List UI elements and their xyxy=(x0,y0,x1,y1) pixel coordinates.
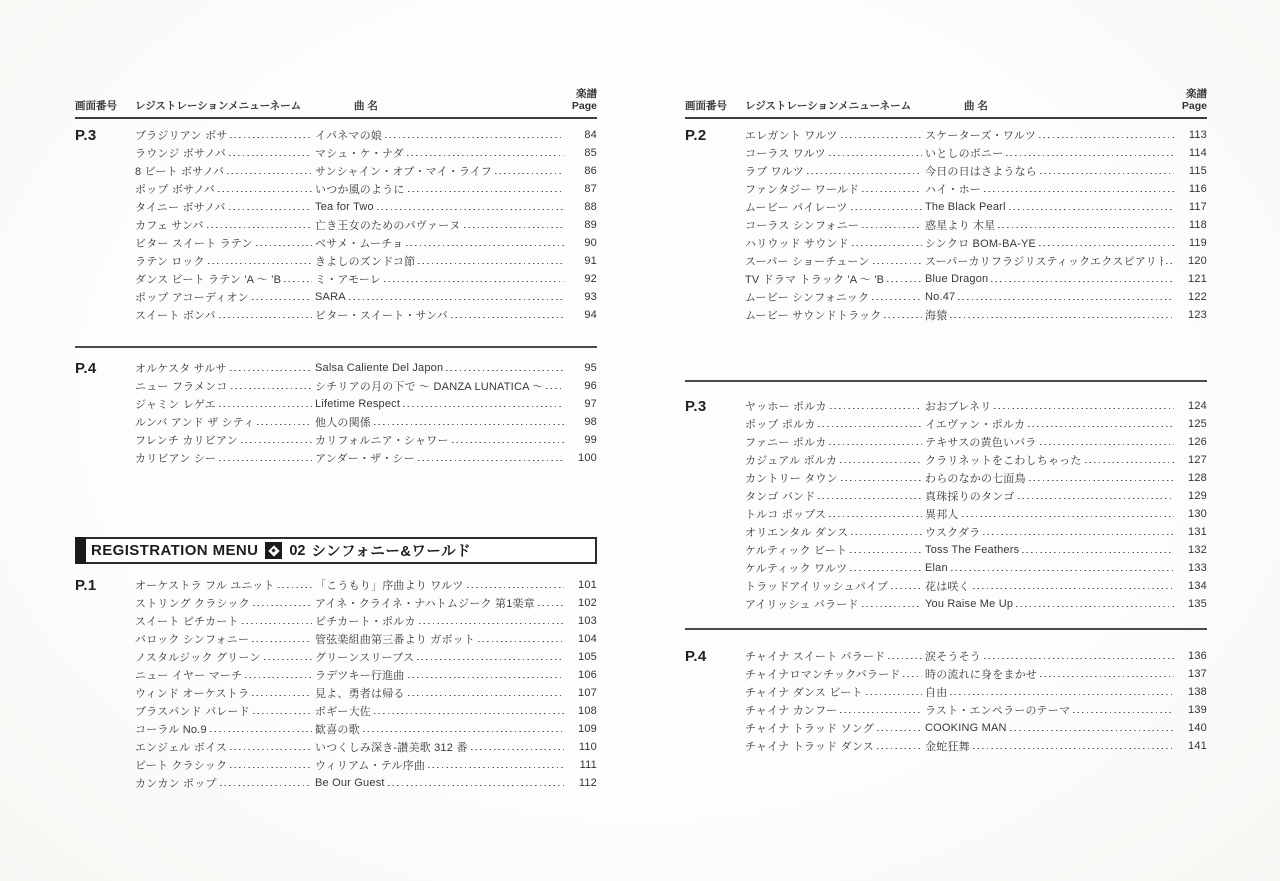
song-title: 管弦楽組曲第三番より ガボット xyxy=(315,631,475,647)
score-page-number: 112 xyxy=(567,777,597,789)
right-column: 画面番号 レジストレーションメニューネーム 曲 名 楽譜 Page P.2 エレ… xyxy=(685,85,1207,755)
song-title: テキサスの黄色いバラ xyxy=(925,434,1037,450)
menu-name: コーラル No.9 xyxy=(135,721,207,737)
dot-leader xyxy=(408,669,565,681)
page-label: P.4 xyxy=(75,359,135,467)
score-page-number: 123 xyxy=(1177,309,1207,321)
score-page-number: 133 xyxy=(1177,562,1207,574)
score-page-number: 113 xyxy=(1177,129,1207,141)
menu-name: ハリウッド サウンド xyxy=(745,235,849,251)
dot-leader xyxy=(872,291,922,303)
song-row: ブラスバンド パレード ボギー大佐 108 xyxy=(135,702,597,720)
score-page-number: 134 xyxy=(1177,580,1207,592)
song-title: スーパーカリフラジリスティックエクスピアリドーシャス xyxy=(925,253,1163,269)
left-column: 画面番号 レジストレーションメニューネーム 曲 名 楽譜 Page P.3 ブラ… xyxy=(75,85,597,792)
song-row: ファニー ポルカ テキサスの黄色いバラ 126 xyxy=(745,433,1207,451)
score-page-number: 84 xyxy=(567,129,597,141)
score-page-number: 111 xyxy=(567,759,597,771)
song-title: 花は咲く xyxy=(925,578,970,594)
dot-leader xyxy=(818,418,922,430)
dot-leader xyxy=(851,526,922,538)
song-row: ダンス ビート ラテン 'A ～ 'B ミ・アモーレ 92 xyxy=(135,270,597,288)
score-page-number: 99 xyxy=(567,434,597,446)
dot-leader xyxy=(958,291,1174,303)
dot-leader xyxy=(374,705,564,717)
page-label: P.4 xyxy=(685,647,745,755)
dot-leader xyxy=(829,436,922,448)
song-list: オーケストラ フル ユニット 「こうもり」序曲より ワルツ 101 ストリング … xyxy=(135,576,597,792)
dot-leader xyxy=(231,380,312,392)
dot-leader xyxy=(873,255,922,267)
song-title: アイネ・クライネ・ナハトムジーク 第1楽章 xyxy=(315,595,535,611)
menu-name: チャイナ ダンス ビート xyxy=(745,684,863,700)
section-p2-right: P.2 エレガント ワルツ スケーターズ・ワルツ 113 コーラス ワルツ いと… xyxy=(685,126,1207,324)
score-page-number: 125 xyxy=(1177,418,1207,430)
header-menu-name: レジストレーションメニューネーム xyxy=(135,98,354,113)
song-row: カンカン ポップ Be Our Guest 112 xyxy=(135,774,597,792)
score-page-number: 101 xyxy=(567,579,597,591)
song-title: 金蛇狂舞 xyxy=(925,738,970,754)
score-page-number: 119 xyxy=(1177,237,1207,249)
song-row: エレガント ワルツ スケーターズ・ワルツ 113 xyxy=(745,126,1207,144)
score-page-number: 122 xyxy=(1177,291,1207,303)
header-page-label: Page xyxy=(557,100,597,113)
menu-name: チャイナロマンチックバラード xyxy=(745,666,900,682)
dot-leader xyxy=(241,434,312,446)
song-title: イエヴァン・ポルカ xyxy=(925,416,1025,432)
song-row: ストリング クラシック アイネ・クライネ・ナハトムジーク 第1楽章 102 xyxy=(135,594,597,612)
song-title: グリーンスリーブス xyxy=(315,649,414,665)
dot-leader xyxy=(252,291,312,303)
score-page-number: 139 xyxy=(1177,704,1207,716)
dot-leader xyxy=(252,633,312,645)
score-page-number: 132 xyxy=(1177,544,1207,556)
dot-leader xyxy=(388,777,564,789)
menu-name: トルコ ポップス xyxy=(745,506,826,522)
dot-leader xyxy=(418,452,564,464)
menu-name: ムービー パイレーツ xyxy=(745,199,848,215)
song-row: オリエンタル ダンス ウスクダラ 131 xyxy=(745,523,1207,541)
dot-leader xyxy=(252,687,312,699)
song-row: コーラル No.9 歓喜の歌 109 xyxy=(135,720,597,738)
song-title: ボギー大佐 xyxy=(315,703,371,719)
page-label: P.3 xyxy=(685,397,745,613)
header-page-label: Page xyxy=(1167,100,1207,113)
dot-leader xyxy=(219,398,312,410)
song-row: オルケスタ サルサ Salsa Caliente Del Japon 95 xyxy=(135,359,597,377)
song-title: Tea for Two xyxy=(315,201,374,213)
score-page-number: 135 xyxy=(1177,598,1207,610)
dot-leader xyxy=(887,273,922,285)
menu-name: カンカン ポップ xyxy=(135,775,217,791)
score-page-number: 87 xyxy=(567,183,597,195)
song-row: バロック シンフォニー 管弦楽組曲第三番より ガボット 104 xyxy=(135,630,597,648)
song-title: イパネマの娘 xyxy=(315,127,382,143)
menu-name: ストリング クラシック xyxy=(135,595,250,611)
song-row: チャイナ スイート バラード 涙そうそう 136 xyxy=(745,647,1207,665)
dot-leader xyxy=(1028,418,1174,430)
song-title: アンダー・ザ・シー xyxy=(315,450,415,466)
song-row: ルンバ アンド ザ シティ 他人の関係 98 xyxy=(135,413,597,431)
dot-leader xyxy=(862,219,922,231)
dot-leader xyxy=(407,147,564,159)
dot-leader xyxy=(257,416,312,428)
song-title: ハイ・ホー xyxy=(925,181,981,197)
dot-leader xyxy=(840,454,922,466)
song-title: You Raise Me Up xyxy=(925,598,1013,610)
song-title: ウスクダラ xyxy=(925,524,980,540)
song-title: 海猿 xyxy=(925,307,947,323)
song-row: ムービー パイレーツ The Black Pearl 117 xyxy=(745,198,1207,216)
dot-leader xyxy=(862,598,922,610)
menu-name: オーケストラ フル ユニット xyxy=(135,577,275,593)
song-row: ポップ ポルカ イエヴァン・ポルカ 125 xyxy=(745,415,1207,433)
menu-name: ノスタルジック グリーン xyxy=(135,649,261,665)
menu-name: カントリー タウン xyxy=(745,470,838,486)
dot-leader xyxy=(1040,436,1174,448)
song-list: ヤッホー ポルカ おおブレネリ 124 ポップ ポルカ イエヴァン・ポルカ 12… xyxy=(745,397,1207,613)
page-label: P.2 xyxy=(685,126,745,324)
menu-name: ラブ ワルツ xyxy=(745,163,804,179)
dot-leader xyxy=(862,183,922,195)
dot-leader xyxy=(546,380,564,392)
score-page-number: 90 xyxy=(567,237,597,249)
dot-leader xyxy=(207,219,312,231)
song-row: ムービー サウンドトラック 海猿 123 xyxy=(745,306,1207,324)
score-page-number: 120 xyxy=(1177,255,1207,267)
menu-name: ファンタジー ワールド xyxy=(745,181,859,197)
menu-name: エレガント ワルツ xyxy=(745,127,838,143)
column-header: 画面番号 レジストレーションメニューネーム 曲 名 楽譜 Page xyxy=(75,85,597,119)
dot-leader xyxy=(973,740,1174,752)
dot-leader xyxy=(256,237,312,249)
song-row: スーパー ショーチューン スーパーカリフラジリスティックエクスピアリドーシャス … xyxy=(745,252,1207,270)
song-row: ケルティック ビート Toss The Feathers 132 xyxy=(745,541,1207,559)
song-title: 涙そうそう xyxy=(925,648,981,664)
score-page-number: 124 xyxy=(1177,400,1207,412)
score-page-number: 138 xyxy=(1177,686,1207,698)
menu-name: ジャミン レゲエ xyxy=(135,396,216,412)
dot-leader xyxy=(888,650,922,662)
banner-title-en: REGISTRATION MENU xyxy=(91,542,258,559)
score-page-number: 140 xyxy=(1177,722,1207,734)
song-row: ラウンジ ボサノバ マシュ・ケ・ナダ 85 xyxy=(135,144,597,162)
dot-leader xyxy=(877,722,922,734)
dot-leader xyxy=(807,165,922,177)
score-page-number: 141 xyxy=(1177,740,1207,752)
score-page-number: 103 xyxy=(567,615,597,627)
dot-leader xyxy=(841,472,922,484)
dot-leader xyxy=(446,362,564,374)
menu-name: ラウンジ ボサノバ xyxy=(135,145,226,161)
score-page-number: 114 xyxy=(1177,147,1207,159)
menu-name: スイート ボンバ xyxy=(135,307,216,323)
song-row: ファンタジー ワールド ハイ・ホー 116 xyxy=(745,180,1207,198)
score-page-number: 137 xyxy=(1177,668,1207,680)
dot-leader xyxy=(1085,454,1174,466)
banner-number: 02 xyxy=(289,543,305,559)
menu-name: ニュー フラメンコ xyxy=(135,378,228,394)
song-title: 異邦人 xyxy=(925,506,959,522)
dot-leader xyxy=(850,544,922,556)
dot-leader xyxy=(1073,704,1174,716)
score-page-number: 106 xyxy=(567,669,597,681)
menu-name: エンジェル ボイス xyxy=(135,739,227,755)
dot-leader xyxy=(218,183,312,195)
score-page-number: 100 xyxy=(567,452,597,464)
song-title: Elan xyxy=(925,562,948,574)
dot-leader xyxy=(850,562,922,574)
song-title: SARA xyxy=(315,291,346,303)
menu-name: オリエンタル ダンス xyxy=(745,524,848,540)
dot-leader xyxy=(950,309,1174,321)
menu-name: チャイナ トラッド ダンス xyxy=(745,738,874,754)
song-title: 真珠採りのタンゴ xyxy=(925,488,1015,504)
dot-leader xyxy=(242,615,312,627)
dot-leader xyxy=(973,580,1174,592)
column-header: 画面番号 レジストレーションメニューネーム 曲 名 楽譜 Page xyxy=(685,85,1207,119)
dot-leader xyxy=(406,237,564,249)
dot-leader xyxy=(1010,722,1174,734)
dot-leader xyxy=(991,273,1174,285)
menu-name: ビター スイート ラテン xyxy=(135,235,253,251)
dot-leader xyxy=(451,309,564,321)
dot-leader xyxy=(1006,147,1174,159)
dot-leader xyxy=(220,777,312,789)
song-row: ポップ ボサノバ いつか風のように 87 xyxy=(135,180,597,198)
song-row: ポップ アコーディオン SARA 93 xyxy=(135,288,597,306)
dot-leader xyxy=(984,183,1174,195)
song-row: ヤッホー ポルカ おおブレネリ 124 xyxy=(745,397,1207,415)
menu-name: タンゴ バンド xyxy=(745,488,815,504)
dot-leader xyxy=(230,759,312,771)
song-row: ブラジリアン ボサ イパネマの娘 84 xyxy=(135,126,597,144)
song-title: クラリネットをこわしちゃった xyxy=(925,452,1082,468)
song-title: きよしのズンドコ節 xyxy=(315,253,415,269)
song-title: The Black Pearl xyxy=(925,201,1006,213)
song-title: ピチカート・ポルカ xyxy=(315,613,416,629)
score-page-number: 107 xyxy=(567,687,597,699)
song-row: カリビアン シー アンダー・ザ・シー 100 xyxy=(135,449,597,467)
dot-leader xyxy=(852,237,922,249)
score-page-number: 109 xyxy=(567,723,597,735)
score-page-number: 121 xyxy=(1177,273,1207,285)
song-row: タンゴ バンド 真珠採りのタンゴ 129 xyxy=(745,487,1207,505)
menu-name: チャイナ スイート バラード xyxy=(745,648,885,664)
dot-leader xyxy=(363,723,564,735)
score-page-number: 105 xyxy=(567,651,597,663)
song-title: 見よ、勇者は帰る xyxy=(315,685,405,701)
song-title: マシュ・ケ・ナダ xyxy=(315,145,404,161)
menu-name: ブラスバンド パレード xyxy=(135,703,250,719)
dot-leader xyxy=(1029,472,1174,484)
song-title: ラスト・エンペラーのテーマ xyxy=(925,702,1070,718)
menu-name: スーパー ショーチューン xyxy=(745,253,870,269)
dot-leader xyxy=(385,129,564,141)
song-row: タイニー ボサノバ Tea for Two 88 xyxy=(135,198,597,216)
header-song-name: 曲 名 xyxy=(354,98,557,113)
dot-leader xyxy=(538,597,564,609)
dot-leader xyxy=(841,129,922,141)
dot-leader xyxy=(227,165,312,177)
dot-leader xyxy=(829,508,922,520)
header-score-label: 楽譜 xyxy=(557,88,597,101)
song-title: Be Our Guest xyxy=(315,777,385,789)
score-page-number: 98 xyxy=(567,416,597,428)
song-title: ベサメ・ムーチョ xyxy=(315,235,403,251)
menu-name: ムービー シンフォニック xyxy=(745,289,869,305)
dot-leader xyxy=(464,219,565,231)
menu-name: ケルティック ワルツ xyxy=(745,560,847,576)
song-row: チャイナ トラッド ダンス 金蛇狂舞 141 xyxy=(745,737,1207,755)
song-row: トルコ ポップス 異邦人 130 xyxy=(745,505,1207,523)
song-title: Blue Dragon xyxy=(925,273,988,285)
song-title: COOKING MAN xyxy=(925,722,1007,734)
menu-name: TV ドラマ トラック 'A ～ 'B xyxy=(745,271,884,287)
dot-leader xyxy=(418,255,564,267)
diamond-badge-icon xyxy=(265,542,282,559)
menu-name: バロック シンフォニー xyxy=(135,631,249,647)
song-title: Lifetime Respect xyxy=(315,398,400,410)
dot-leader xyxy=(278,579,312,591)
menu-name: コーラス シンフォニー xyxy=(745,217,859,233)
song-row: ムービー シンフォニック No.47 122 xyxy=(745,288,1207,306)
song-row: スイート ボンバ ビター・スイート・サンバ 94 xyxy=(135,306,597,324)
song-row: ニュー フラメンコ シチリアの月の下で ～ DANZA LUNATICA ～ 9… xyxy=(135,377,597,395)
song-title: いつか風のように xyxy=(315,181,405,197)
dot-leader xyxy=(253,705,312,717)
dot-leader xyxy=(253,597,312,609)
section-p3-right: P.3 ヤッホー ポルカ おおブレネリ 124 ポップ ポルカ イエヴァン・ポル… xyxy=(685,397,1207,613)
menu-name: ポップ ポルカ xyxy=(745,416,815,432)
song-title: Salsa Caliente Del Japon xyxy=(315,362,443,374)
dot-leader xyxy=(210,723,312,735)
score-page-number: 85 xyxy=(567,147,597,159)
banner-tab xyxy=(75,537,86,564)
menu-name: コーラス ワルツ xyxy=(745,145,826,161)
menu-name: スイート ピチカート xyxy=(135,613,239,629)
header-song-name: 曲 名 xyxy=(964,98,1167,113)
song-row: ノスタルジック グリーン グリーンスリーブス 105 xyxy=(135,648,597,666)
score-page-number: 136 xyxy=(1177,650,1207,662)
dot-leader xyxy=(1040,668,1174,680)
score-page-number: 117 xyxy=(1177,201,1207,213)
song-title: シンクロ BOM-BA-YE xyxy=(925,235,1036,251)
score-page-number: 129 xyxy=(1177,490,1207,502)
song-row: ラテン ロック きよしのズンドコ節 91 xyxy=(135,252,597,270)
header-score-label: 楽譜 xyxy=(1167,88,1207,101)
score-page-number: 127 xyxy=(1177,454,1207,466)
dot-leader xyxy=(230,741,312,753)
dot-leader xyxy=(866,686,922,698)
dot-leader xyxy=(891,580,922,592)
dot-leader xyxy=(377,201,564,213)
dot-leader xyxy=(840,704,922,716)
dot-leader xyxy=(984,650,1174,662)
score-page-number: 126 xyxy=(1177,436,1207,448)
dot-leader xyxy=(452,434,564,446)
song-title: 惑星より 木星 xyxy=(925,217,995,233)
song-row: チャイナ ダンス ビート 自由 138 xyxy=(745,683,1207,701)
song-title: ビター・スイート・サンバ xyxy=(315,307,448,323)
song-row: フレンチ カリビアン カリフォルニア・シャワー 99 xyxy=(135,431,597,449)
song-row: チャイナ トラッド ソング COOKING MAN 140 xyxy=(745,719,1207,737)
menu-name: フレンチ カリビアン xyxy=(135,432,238,448)
dot-leader xyxy=(1022,544,1174,556)
menu-name: ヤッホー ポルカ xyxy=(745,398,827,414)
score-page-number: 97 xyxy=(567,398,597,410)
header-score-page: 楽譜 Page xyxy=(557,88,597,113)
menu-name: カフェ サンバ xyxy=(135,217,204,233)
score-page-number: 95 xyxy=(567,362,597,374)
dot-leader xyxy=(403,398,564,410)
song-row: カントリー タウン わらのなかの七面鳥 128 xyxy=(745,469,1207,487)
dot-leader xyxy=(230,362,312,374)
song-title: わらのなかの七面鳥 xyxy=(925,470,1026,486)
header-menu-name: レジストレーションメニューネーム xyxy=(745,98,964,113)
score-page-number: 128 xyxy=(1177,472,1207,484)
menu-name: ラテン ロック xyxy=(135,253,205,269)
menu-name: ムービー サウンドトラック xyxy=(745,307,881,323)
section-divider xyxy=(685,628,1207,630)
dot-leader xyxy=(208,255,312,267)
song-title: いつくしみ深き-讃美歌 312 番 xyxy=(315,739,468,755)
song-row: ラブ ワルツ 今日の日はさようなら 115 xyxy=(745,162,1207,180)
dot-leader xyxy=(219,309,312,321)
dot-leader xyxy=(1018,490,1174,502)
song-row: スイート ピチカート ピチカート・ポルカ 103 xyxy=(135,612,597,630)
score-page-number: 96 xyxy=(567,380,597,392)
menu-name: チャイナ トラッド ソング xyxy=(745,720,874,736)
section-p3-left: P.3 ブラジリアン ボサ イパネマの娘 84 ラウンジ ボサノバ マシュ・ケ・… xyxy=(75,126,597,324)
song-row: ジャミン レゲエ Lifetime Respect 97 xyxy=(135,395,597,413)
score-page-number: 115 xyxy=(1177,165,1207,177)
menu-name: ブラジリアン ボサ xyxy=(135,127,227,143)
dot-leader xyxy=(230,129,312,141)
dot-leader xyxy=(851,201,922,213)
dot-leader xyxy=(998,219,1174,231)
dot-leader xyxy=(1166,255,1174,267)
song-row: トラッドアイリッシュパイプ 花は咲く 134 xyxy=(745,577,1207,595)
dot-leader xyxy=(384,273,564,285)
dot-leader xyxy=(428,759,564,771)
song-list: エレガント ワルツ スケーターズ・ワルツ 113 コーラス ワルツ いとしのボニ… xyxy=(745,126,1207,324)
page-label: P.1 xyxy=(75,576,135,792)
menu-name: チャイナ カンフー xyxy=(745,702,837,718)
dot-leader xyxy=(467,579,564,591)
menu-name: ルンバ アンド ザ シティ xyxy=(135,414,254,430)
header-screen-no: 画面番号 xyxy=(75,98,135,113)
dot-leader xyxy=(1039,129,1174,141)
score-page-number: 93 xyxy=(567,291,597,303)
song-title: 亡き王女のためのパヴァーヌ xyxy=(315,217,461,233)
menu-name: ダンス ビート ラテン 'A ～ 'B xyxy=(135,271,281,287)
score-page-number: 104 xyxy=(567,633,597,645)
song-row: ニュー イヤー マーチ ラデツキー行進曲 106 xyxy=(135,666,597,684)
score-page-number: 89 xyxy=(567,219,597,231)
song-list: チャイナ スイート バラード 涙そうそう 136 チャイナロマンチックバラード … xyxy=(745,647,1207,755)
section-p4-right: P.4 チャイナ スイート バラード 涙そうそう 136 チャイナロマンチックバ… xyxy=(685,647,1207,755)
menu-name: カジュアル ポルカ xyxy=(745,452,837,468)
song-title: No.47 xyxy=(925,291,955,303)
menu-name: ケルティック ビート xyxy=(745,542,847,558)
dot-leader xyxy=(264,651,312,663)
song-list: ブラジリアン ボサ イパネマの娘 84 ラウンジ ボサノバ マシュ・ケ・ナダ 8… xyxy=(135,126,597,324)
dot-leader xyxy=(951,562,1174,574)
song-row: アイリッシュ バラード You Raise Me Up 135 xyxy=(745,595,1207,613)
registration-menu-banner: REGISTRATION MENU 02 シンフォニー&ワールド xyxy=(75,537,597,564)
song-title: サンシャイン・オブ・マイ・ライフ xyxy=(315,163,492,179)
